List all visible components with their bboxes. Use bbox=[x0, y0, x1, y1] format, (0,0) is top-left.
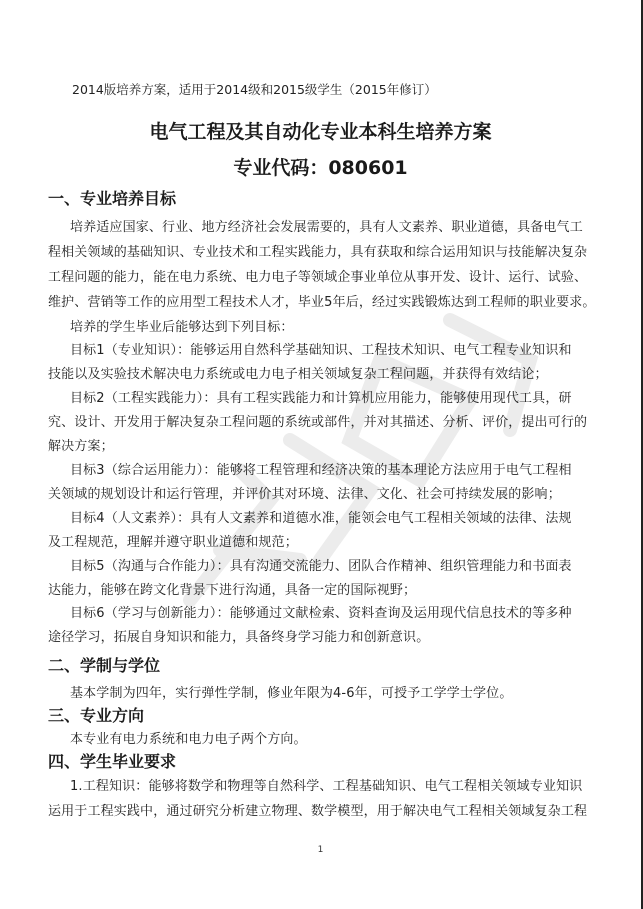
paragraph-line: 培养适应国家、行业、地方经济社会发展需要的，具有人文素养、职业道德，具备电气工 bbox=[70, 216, 583, 235]
paragraph-line: 关领域的规划设计和运行管理，并评价其对环境、法律、文化、社会可持续发展的影响； bbox=[48, 483, 561, 502]
paragraph-line: 途径学习，拓展自身知识和能力，具备终身学习能力和创新意识。 bbox=[48, 626, 429, 645]
paragraph-line: 程相关领域的基础知识、专业技术和工程实践能力，具有获取和综合运用知识与技能解决复… bbox=[48, 241, 587, 260]
paragraph-line: 本专业有电力系统和电力电子两个方向。 bbox=[70, 728, 307, 747]
paragraph-line: 达能力，能够在跨文化背景下进行沟通，具备一定的国际视野； bbox=[48, 579, 416, 598]
major-code: 专业代码：080601 bbox=[0, 153, 641, 180]
paragraph-line: 技能以及实验技术解决电力系统或电力电子相关领域复杂工程问题，并获得有效结论； bbox=[48, 363, 548, 382]
page-number: 1 bbox=[0, 845, 641, 855]
objective-2: 目标2（工程实践能力）：具有工程实践能力和计算机应用能力，能够使用现代工具，研 bbox=[70, 387, 572, 406]
paragraph-line: 维护、营销等工作的应用型工程技术人才，毕业5年后，经过实践锻炼达到工程师的职业要… bbox=[48, 291, 596, 310]
paragraph-line: 工程问题的能力，能在电力系统、电力电子等领域企事业单位从事开发、设计、运行、试验… bbox=[48, 266, 587, 285]
objective-5: 目标5（沟通与合作能力）：具有沟通交流能力、团队合作精神、组织管理能力和书面表 bbox=[70, 555, 572, 574]
document-title: 电气工程及其自动化专业本科生培养方案 bbox=[0, 117, 641, 144]
objective-1: 目标1（专业知识）：能够运用自然科学基础知识、工程技术知识、电气工程专业知识和 bbox=[70, 339, 572, 358]
paragraph-line: 解决方案； bbox=[48, 435, 114, 454]
section-heading-duration-degree: 二、学制与学位 bbox=[48, 653, 160, 676]
header-note: 2014版培养方案，适用于2014级和2015级学生（2015年修订） bbox=[72, 80, 437, 98]
paragraph-line: 运用于工程实践中，通过研究分析建立物理、数学模型，用于解决电气工程相关领域复杂工… bbox=[48, 800, 587, 819]
section-heading-objectives: 一、专业培养目标 bbox=[48, 186, 176, 209]
objective-6: 目标6（学习与创新能力）：能够通过文献检索、资料查询及运用现代信息技术的等多种 bbox=[70, 602, 572, 621]
document-page: 2014版培养方案，适用于2014级和2015级学生（2015年修订） 电气工程… bbox=[0, 0, 641, 909]
paragraph-line: 基本学制为四年，实行弹性学制，修业年限为4-6年，可授予工学学士学位。 bbox=[70, 682, 512, 701]
requirement-1: 1.工程知识：能够将数学和物理等自然科学、工程基础知识、电气工程相关领域专业知识 bbox=[70, 775, 582, 794]
paragraph-line: 培养的学生毕业后能够达到下列目标： bbox=[70, 316, 294, 335]
section-heading-graduation-requirements: 四、学生毕业要求 bbox=[48, 749, 176, 772]
paragraph-line: 究、设计、开发用于解决复杂工程问题的系统或部件，并对其描述、分析、评价，提出可行… bbox=[48, 411, 587, 430]
objective-4: 目标4（人文素养）：具有人文素养和道德水准，能领会电气工程相关领域的法律、法规 bbox=[70, 507, 572, 526]
objective-3: 目标3（综合运用能力）：能够将工程管理和经济决策的基本理论方法应用于电气工程相 bbox=[70, 459, 572, 478]
paragraph-line: 及工程规范，理解并遵守职业道德和规范； bbox=[48, 531, 298, 550]
section-heading-direction: 三、专业方向 bbox=[48, 703, 144, 726]
